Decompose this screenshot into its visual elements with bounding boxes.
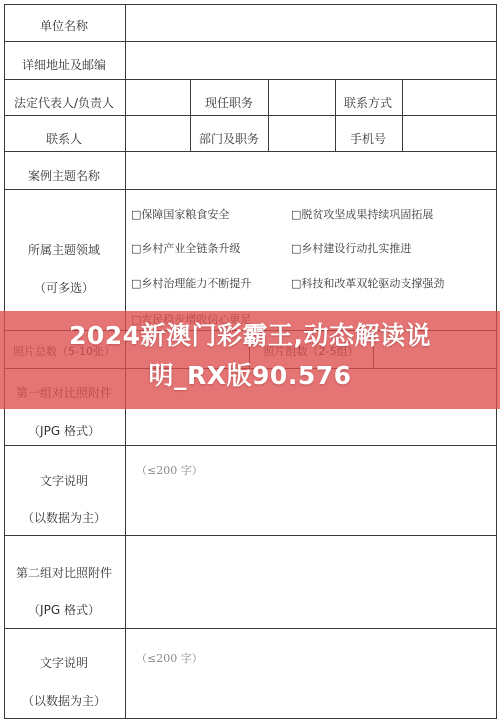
label-mobile: 手机号	[350, 130, 386, 147]
contact-method-input[interactable]	[403, 80, 496, 115]
label-multi-select: （可多选）	[34, 279, 94, 296]
label-legal-rep: 法定代表人/负责人	[14, 94, 114, 111]
theme-option-checkbox[interactable]: □乡村产业全链条升级	[131, 240, 240, 256]
mobile-input[interactable]	[403, 116, 496, 151]
theme-option-checkbox[interactable]: □脱贫攻坚成果持续巩固拓展	[291, 206, 433, 222]
inner-column-divider	[335, 79, 336, 151]
label-group2-attachment: 第二组对比照附件	[16, 564, 112, 581]
label-data-based-2: （以数据为主）	[22, 692, 106, 709]
label-address-postcode: 详细地址及邮编	[22, 56, 106, 73]
case-theme-name-input[interactable]	[126, 152, 496, 189]
row-divider	[4, 189, 497, 190]
headline-line-1: 2024新澳门彩霸王,动态解读说	[0, 316, 500, 356]
group2-attachment-upload[interactable]	[126, 536, 496, 628]
theme-option-checkbox[interactable]: □保障国家粮食安全	[131, 206, 229, 222]
char-limit-hint: （≤200 字）	[136, 462, 203, 478]
label-contact-person: 联系人	[46, 130, 82, 147]
headline-line-2: 明_RX版90.576	[0, 356, 500, 396]
theme-option-checkbox[interactable]: □乡村治理能力不断提升	[131, 275, 251, 291]
dept-position-input[interactable]	[269, 116, 335, 151]
current-position-input[interactable]	[269, 80, 335, 115]
label-data-based-1: （以数据为主）	[22, 509, 106, 526]
label-contact-method: 联系方式	[344, 94, 392, 111]
unit-name-input[interactable]	[126, 5, 496, 41]
contact-person-input[interactable]	[126, 116, 190, 151]
char-limit-hint: （≤200 字）	[136, 650, 203, 666]
label-text-desc-1: 文字说明	[40, 472, 88, 489]
headline-title: 2024新澳门彩霸王,动态解读说 明_RX版90.576	[0, 316, 500, 396]
theme-option-checkbox[interactable]: □乡村建设行动扎实推进	[291, 240, 411, 256]
table-border-bottom	[4, 718, 497, 719]
label-dept-position: 部门及职务	[199, 130, 259, 147]
label-jpg-format-2: （JPG 格式）	[28, 601, 100, 618]
legal-rep-input[interactable]	[126, 80, 190, 115]
label-case-theme-name: 案例主题名称	[28, 167, 100, 184]
label-text-desc-2: 文字说明	[40, 654, 88, 671]
label-jpg-format-1: （JPG 格式）	[28, 422, 100, 439]
theme-option-checkbox[interactable]: □科技和改革双轮驱动支撑强劲	[291, 275, 444, 291]
inner-column-divider	[190, 79, 191, 151]
label-unit-name: 单位名称	[40, 17, 88, 34]
label-theme-area: 所属主题领域	[28, 241, 100, 258]
text-desc-2-textarea[interactable]: （≤200 字）	[126, 629, 496, 718]
address-postcode-input[interactable]	[126, 42, 496, 79]
label-current-position: 现任职务	[205, 94, 253, 111]
text-desc-1-textarea[interactable]: （≤200 字）	[126, 446, 496, 535]
